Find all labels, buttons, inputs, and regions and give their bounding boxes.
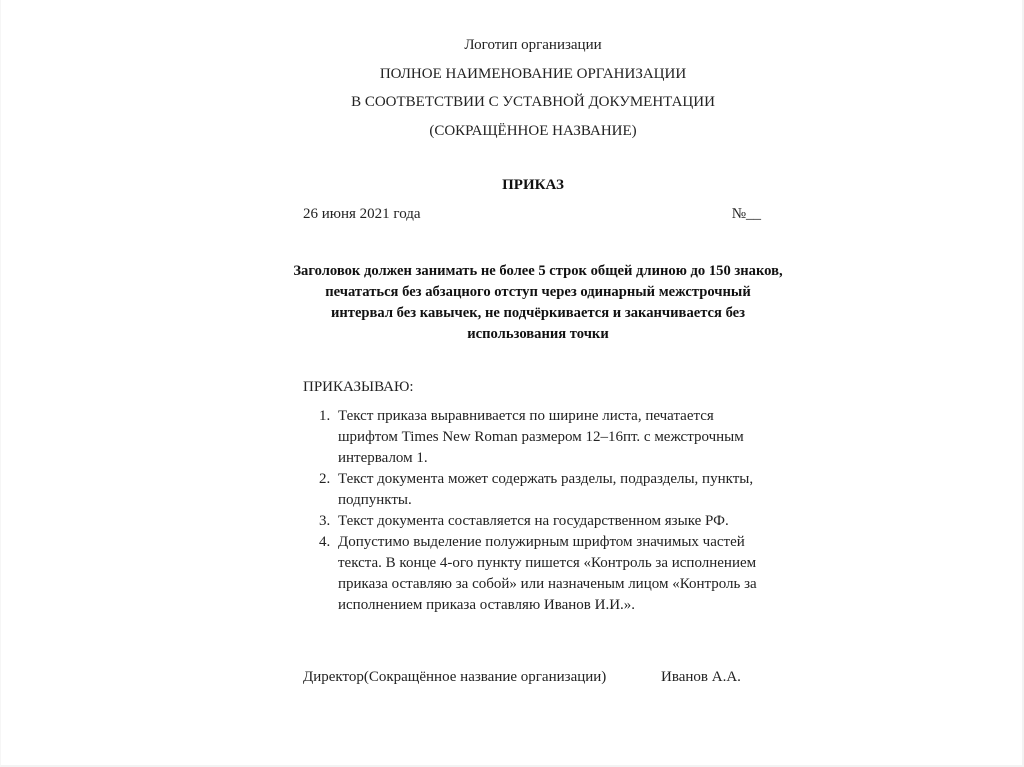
organization-full-name: ПОЛНОЕ НАИМЕНОВАНИЕ ОРГАНИЗАЦИИ: [303, 65, 763, 83]
list-item-number: 1.: [319, 406, 330, 427]
organization-charter-line: В СООТВЕТСТВИИ С УСТАВНОЙ ДОКУМЕНТАЦИИ: [303, 93, 763, 111]
list-item-text: Допустимо выделение полужирным шрифтом з…: [338, 534, 757, 613]
list-item-number: 2.: [319, 469, 330, 490]
signatory-position: Директор(Сокращённое название организаци…: [303, 669, 606, 685]
order-word: ПРИКАЗЫВАЮ:: [303, 378, 414, 396]
list-item-text: Текст приказа выравнивается по ширине ли…: [338, 408, 744, 466]
document-subject: Заголовок должен занимать не более 5 стр…: [293, 261, 783, 345]
document-number: №__: [732, 205, 761, 223]
list-item: 2. Текст документа может содержать разде…: [303, 469, 763, 511]
list-item: 4. Допустимо выделение полужирным шрифто…: [303, 532, 763, 616]
date-number-line: 26 июня 2021 года №__: [303, 205, 761, 223]
order-items-list: 1. Текст приказа выравнивается по ширине…: [303, 406, 763, 616]
list-item-text: Текст документа составляется на государс…: [338, 513, 729, 529]
list-item-number: 3.: [319, 511, 330, 532]
list-item: 1. Текст приказа выравнивается по ширине…: [303, 406, 763, 469]
signature-line: Директор(Сокращённое название организаци…: [303, 668, 763, 686]
list-item-number: 4.: [319, 532, 330, 553]
signatory-name: Иванов А.А.: [661, 668, 741, 686]
document-date: 26 июня 2021 года: [303, 205, 421, 223]
list-item: 3. Текст документа составляется на госуд…: [303, 511, 763, 532]
organization-short-name: (СОКРАЩЁННОЕ НАЗВАНИЕ): [303, 122, 763, 140]
document-title: ПРИКАЗ: [303, 176, 763, 194]
logo-placeholder: Логотип организации: [303, 36, 763, 54]
slide-frame: [0, 0, 1024, 767]
list-item-text: Текст документа может содержать разделы,…: [338, 471, 753, 508]
